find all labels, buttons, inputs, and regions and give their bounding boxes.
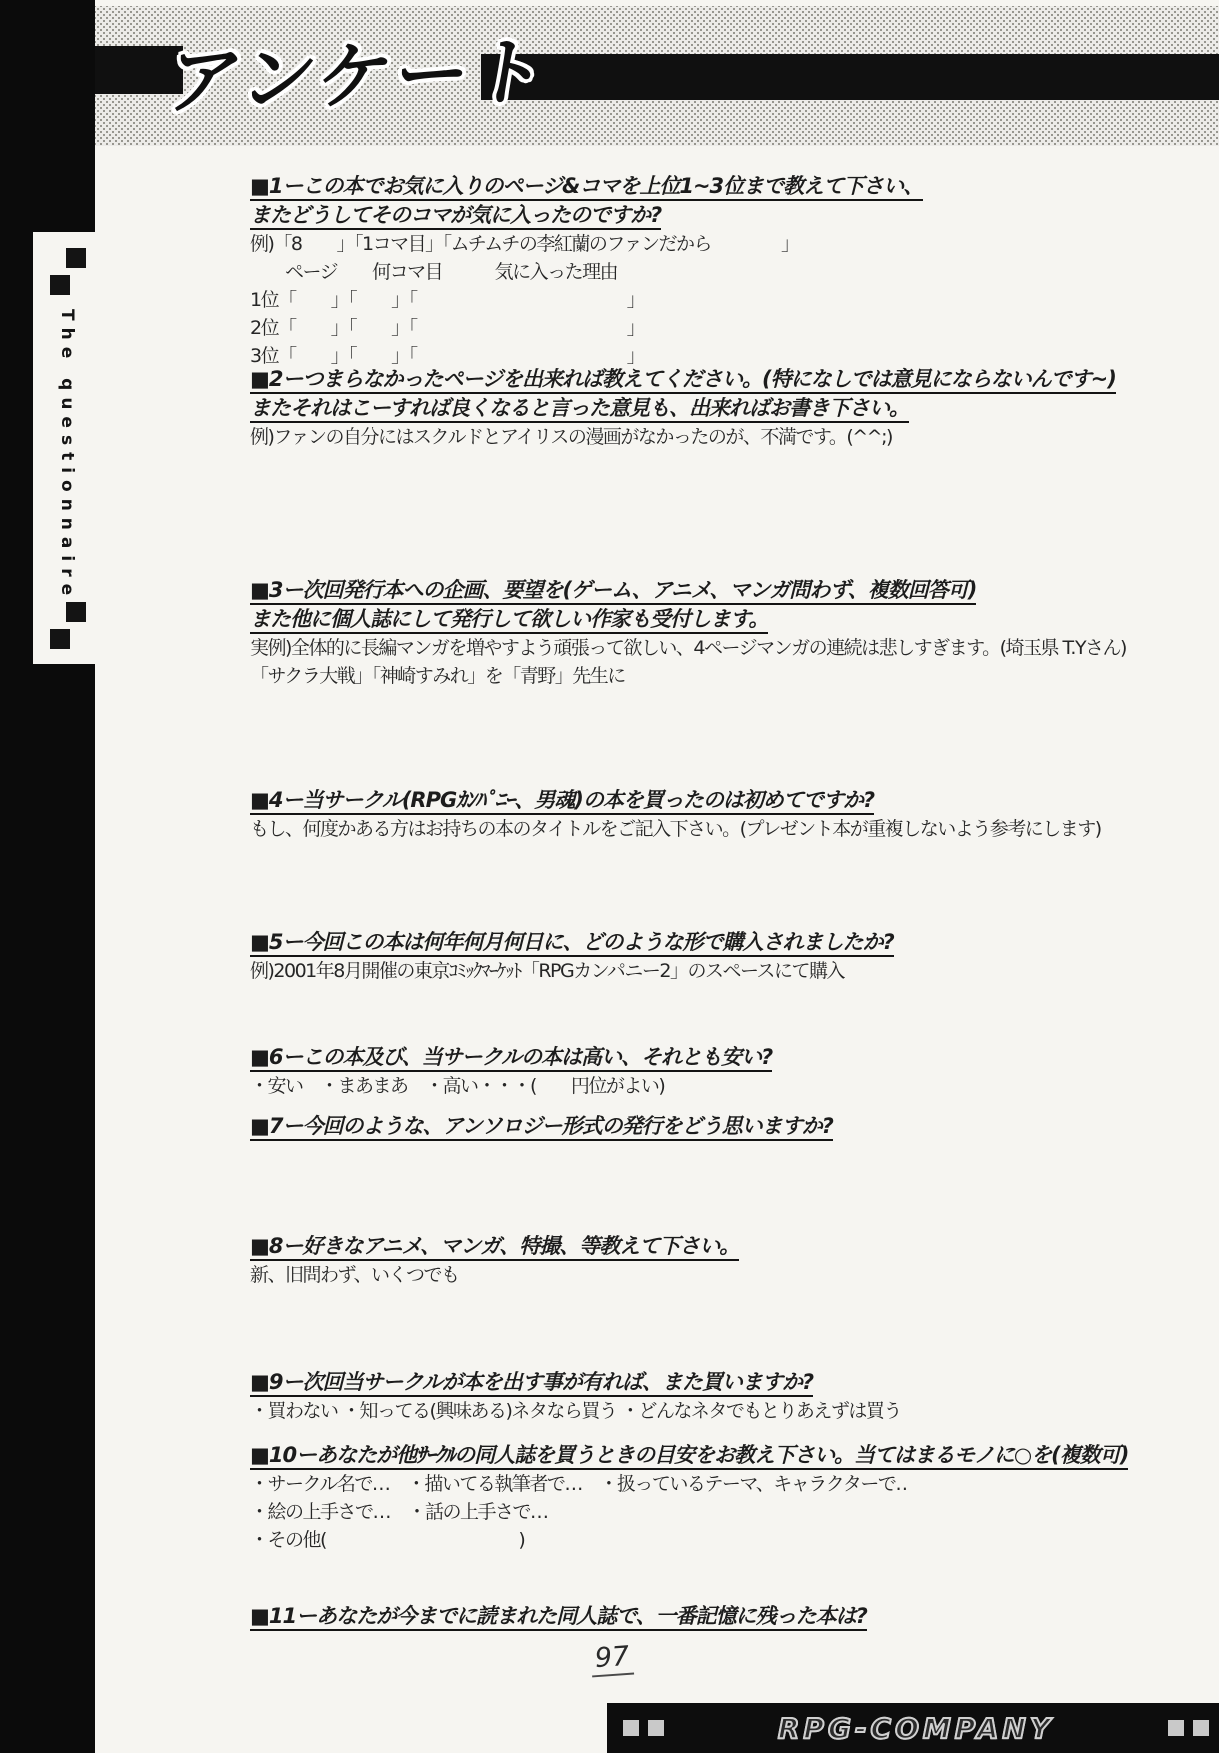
question-9-heading: ■9ー次回当サークルが本を出す事が有れば、また買いますか? <box>250 1368 1219 1397</box>
question-2: ■2ーつまらなかったページを出来れば教えてください。(特になしでは意見にならない… <box>250 365 1219 451</box>
question-2-example: 例)ファンの自分にはスクルドとアイリスの漫画がなかったのが、不満です。(^^;) <box>250 423 1219 451</box>
question-1-example: 例)「8 」「1コマ目」「ムチムチの李紅蘭のファンだから 」 <box>250 230 1219 258</box>
question-3-heading: また他に個人誌にして発行して欲しい作家も受付します。 <box>250 605 1219 634</box>
sidebar-label-box: The questionnaire <box>33 232 101 664</box>
question-4-note: もし、何度かある方はお持ちの本のタイトルをご記入下さい。(プレゼント本が重複しな… <box>250 815 1219 843</box>
question-11: ■11ーあなたが今までに読まれた同人誌で、一番記憶に残った本は? <box>250 1602 1219 1631</box>
question-1-heading: またどうしてそのコマが気に入ったのですか? <box>250 201 1219 230</box>
sidebar-square-decor <box>50 275 70 295</box>
sidebar-square-group-top <box>57 248 77 295</box>
question-10: ■10ーあなたが他ｻｰｸﾙの同人誌を買うときの目安をお教え下さい。当てはまるモノ… <box>250 1441 1219 1554</box>
question-6-heading: ■6ーこの本及び、当サークルの本は高い、それとも安い? <box>250 1043 1219 1072</box>
footer-brand: RPG-COMPANY <box>673 1712 1159 1745</box>
page: アンケート ■1ーこの本でお気に入りのページ&コマを上位1~3位まで教えて下さい… <box>95 0 1219 1753</box>
question-1-rank-row: 1位「 」「 」「 」 <box>250 286 1219 314</box>
question-9: ■9ー次回当サークルが本を出す事が有れば、また買いますか? ・買わない ・知って… <box>250 1368 1219 1425</box>
sidebar: The questionnaire <box>0 0 95 1753</box>
question-10-options: ・その他( ) <box>250 1526 1219 1554</box>
question-7-heading: ■7ー今回のような、アンソロジー形式の発行をどう思いますか? <box>250 1112 1219 1141</box>
footer-square-decor <box>1168 1720 1184 1736</box>
title-bar-right-decor <box>481 54 1219 100</box>
question-6: ■6ーこの本及び、当サークルの本は高い、それとも安い? ・安い ・まあまあ ・高… <box>250 1043 1219 1100</box>
sidebar-square-decor <box>66 248 86 268</box>
question-1-column-labels: ページ 何コマ目 気に入った理由 <box>250 258 1219 286</box>
question-3-example: 「サクラ大戦」「神崎すみれ」を「青野」先生に <box>250 662 1219 690</box>
question-5-heading: ■5ー今回この本は何年何月何日に、どのような形で購入されましたか? <box>250 928 1219 957</box>
question-1: ■1ーこの本でお気に入りのページ&コマを上位1~3位まで教えて下さい、 またどう… <box>250 172 1219 370</box>
question-5-example: 例)2001年8月開催の東京ｺﾐｯｸﾏｰｹｯﾄ「RPGカンパニー2」のスペースに… <box>250 957 1219 985</box>
sidebar-square-group-bottom <box>57 602 77 649</box>
question-8: ■8ー好きなアニメ、マンガ、特撮、等教えて下さい。 新、旧問わず、いくつでも <box>250 1232 1219 1289</box>
footer-square-decor <box>1193 1720 1209 1736</box>
question-1-rank-row: 2位「 」「 」「 」 <box>250 314 1219 342</box>
question-10-options: ・絵の上手さで… ・話の上手さで… <box>250 1498 1219 1526</box>
question-3-example: 実例)全体的に長編マンガを増やすよう頑張って欲しい、4ページマンガの連続は悲しす… <box>250 634 1219 662</box>
sidebar-square-decor <box>50 629 70 649</box>
page-number: 97 <box>590 1641 635 1678</box>
footer-square-decor <box>623 1720 639 1736</box>
page-title: アンケート <box>159 13 559 129</box>
question-8-note: 新、旧問わず、いくつでも <box>250 1261 1219 1289</box>
question-4-heading: ■4ー当サークル(RPGｶﾝﾊﾟﾆｰ、男魂)の本を買ったのは初めてですか? <box>250 786 1219 815</box>
question-1-heading: ■1ーこの本でお気に入りのページ&コマを上位1~3位まで教えて下さい、 <box>250 172 1219 201</box>
question-4: ■4ー当サークル(RPGｶﾝﾊﾟﾆｰ、男魂)の本を買ったのは初めてですか? もし… <box>250 786 1219 843</box>
question-3-heading: ■3ー次回発行本への企画、要望を(ゲーム、アニメ、マンガ問わず、複数回答可) <box>250 576 1219 605</box>
footer-square-decor <box>648 1720 664 1736</box>
footer-brand-bar: RPG-COMPANY <box>607 1703 1219 1753</box>
question-10-options: ・サークル名で… ・描いてる執筆者で… ・扱っているテーマ、キャラクターで‥ <box>250 1470 1219 1498</box>
question-3: ■3ー次回発行本への企画、要望を(ゲーム、アニメ、マンガ問わず、複数回答可) ま… <box>250 576 1219 690</box>
question-11-heading: ■11ーあなたが今までに読まれた同人誌で、一番記憶に残った本は? <box>250 1602 1219 1631</box>
sidebar-square-decor <box>66 602 86 622</box>
question-2-heading: またそれはこーすれば良くなると言った意見も、出来ればお書き下さい。 <box>250 394 1219 423</box>
sidebar-vertical-title: The questionnaire <box>57 309 77 602</box>
question-5: ■5ー今回この本は何年何月何日に、どのような形で購入されましたか? 例)2001… <box>250 928 1219 985</box>
question-8-heading: ■8ー好きなアニメ、マンガ、特撮、等教えて下さい。 <box>250 1232 1219 1261</box>
question-6-options: ・安い ・まあまあ ・高い・・・( 円位がよい) <box>250 1072 1219 1100</box>
question-2-heading: ■2ーつまらなかったページを出来れば教えてください。(特になしでは意見にならない… <box>250 365 1219 394</box>
question-9-options: ・買わない ・知ってる(興味ある)ネタなら買う ・どんなネタでもとりあえずは買う <box>250 1397 1219 1425</box>
title-banner: アンケート <box>95 6 1219 146</box>
question-7: ■7ー今回のような、アンソロジー形式の発行をどう思いますか? <box>250 1112 1219 1141</box>
question-10-heading: ■10ーあなたが他ｻｰｸﾙの同人誌を買うときの目安をお教え下さい。当てはまるモノ… <box>250 1441 1219 1470</box>
